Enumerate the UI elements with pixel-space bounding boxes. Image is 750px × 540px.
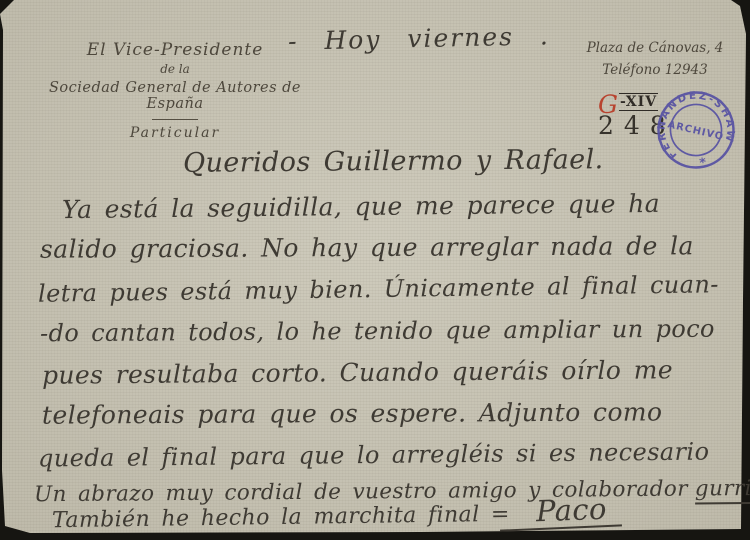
body-line: salido graciosa. No hay que arreglar nad…	[40, 231, 694, 263]
body-line: telefoneais para que os espere. Adjunto …	[42, 397, 663, 429]
archive-stamp: FERNANDEZ-SHAW ARCHIVO *	[634, 68, 750, 191]
letterhead-address: Plaza de Cánovas, 4	[572, 40, 738, 56]
letterhead-divider	[152, 119, 198, 120]
body-line: pues resultaba corto. Cuando queráis oír…	[42, 355, 673, 390]
letterhead-note: Particular	[30, 125, 320, 141]
closing-emphasized-word: gurriato	[695, 476, 750, 505]
letterhead-title: El Vice-Presidente	[30, 40, 320, 60]
handwritten-date-note: - Hoy viernes .	[288, 21, 550, 55]
scanned-letter: El Vice-Presidente de la Sociedad Genera…	[0, 0, 750, 540]
signature: Paco	[535, 492, 607, 528]
stamp-center-text: ARCHIVO	[666, 119, 725, 143]
body-line: -do cantan todos, lo he tenido que ampli…	[40, 315, 715, 348]
salutation-line: Queridos Guillermo y Rafael.	[183, 144, 604, 179]
letterhead-subtitle: de la	[30, 62, 320, 76]
letterhead-organization: Sociedad General de Autores de España	[30, 80, 320, 112]
letterhead-sender-block: El Vice-Presidente de la Sociedad Genera…	[30, 40, 320, 141]
